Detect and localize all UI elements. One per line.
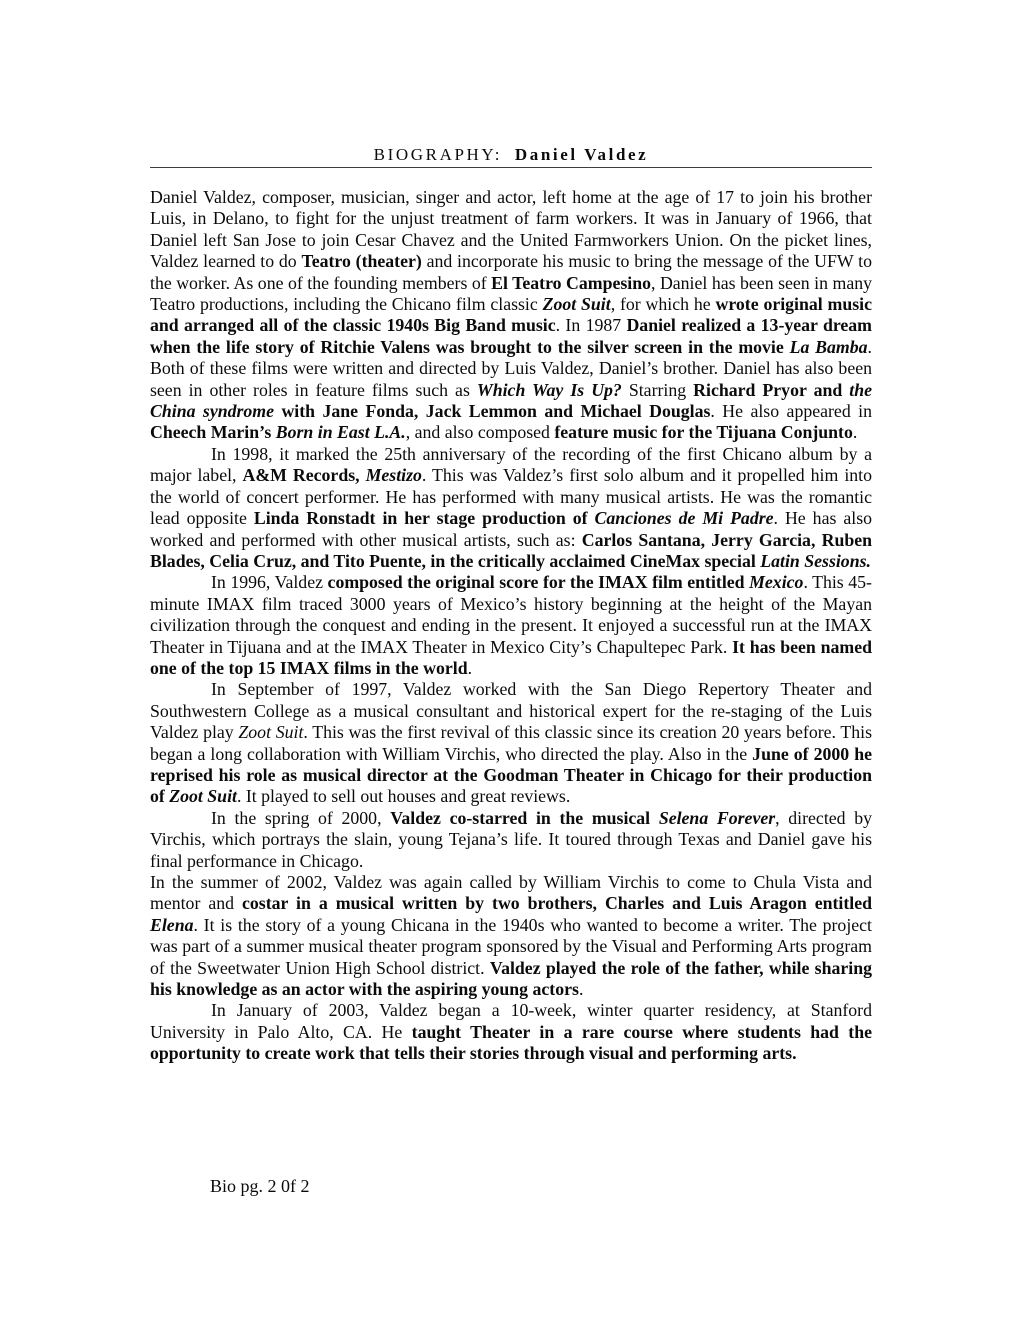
text-run: . It played to sell out houses and great…	[237, 786, 570, 806]
text-run: Starring	[622, 380, 693, 400]
text-run: El Teatro Campesino	[491, 273, 651, 293]
paragraph-3: In 1996, Valdez composed the original sc…	[150, 572, 872, 679]
text-run: . He also appeared in	[710, 401, 872, 421]
text-run: Zoot Suit	[169, 786, 237, 806]
paragraph-7: In January of 2003, Valdez began a 10-we…	[150, 1000, 872, 1064]
text-run: Zoot Suit	[238, 722, 303, 742]
text-run: Elena	[150, 915, 193, 935]
page-footer: Bio pg. 2 0f 2	[210, 1175, 310, 1197]
text-run: . In 1987	[556, 315, 627, 335]
text-run: Teatro (theater)	[301, 251, 421, 271]
text-run: Zoot Suit	[543, 294, 611, 314]
text-run: , for which he	[611, 294, 716, 314]
paragraph-2: In 1998, it marked the 25th anniversary …	[150, 444, 872, 572]
title-name: Daniel Valdez	[515, 145, 648, 164]
text-run: .	[468, 658, 472, 678]
text-run: Mexico	[749, 572, 803, 592]
text-run: with Jane Fonda, Jack Lemmon and Michael…	[274, 401, 710, 421]
document-body: Daniel Valdez, composer, musician, singe…	[150, 187, 872, 1065]
document-title: BIOGRAPHY: Daniel Valdez	[150, 145, 872, 165]
text-run: Born in East L.A.	[276, 422, 406, 442]
text-run: Cheech Marin’s	[150, 422, 276, 442]
paragraph-4: In September of 1997, Valdez worked with…	[150, 679, 872, 807]
text-run: .	[853, 422, 857, 442]
text-run: A&M Records,	[242, 465, 365, 485]
document-page: BIOGRAPHY: Daniel Valdez Daniel Valdez, …	[0, 0, 1020, 1320]
paragraph-6: In the summer of 2002, Valdez was again …	[150, 872, 872, 1000]
text-run: Selena Forever	[659, 808, 775, 828]
title-rule	[150, 167, 872, 168]
text-run: composed the original score for the IMAX…	[328, 572, 750, 592]
text-run: Linda Ronstadt in her stage production o…	[254, 508, 595, 528]
title-label: BIOGRAPHY:	[374, 145, 502, 164]
text-run: costar in a musical written by two broth…	[242, 893, 872, 913]
text-run: Latin Sessions.	[760, 551, 871, 571]
text-run: Which Way Is Up?	[477, 380, 622, 400]
text-run: Mestizo	[366, 465, 422, 485]
text-run: Canciones de Mi Padre	[595, 508, 774, 528]
text-run: .	[579, 979, 583, 999]
text-run: La Bamba	[790, 337, 868, 357]
text-run: Richard Pryor and	[693, 380, 849, 400]
text-run: feature music for the Tijuana Conjunto	[554, 422, 853, 442]
text-run: In 1996, Valdez	[211, 572, 328, 592]
paragraph-5: In the spring of 2000, Valdez co-starred…	[150, 808, 872, 872]
text-run: , and also composed	[406, 422, 555, 442]
document-content: BIOGRAPHY: Daniel Valdez Daniel Valdez, …	[150, 145, 872, 1065]
text-run: In the spring of 2000,	[211, 808, 390, 828]
text-run: Valdez co-starred in the musical	[390, 808, 659, 828]
paragraph-1: Daniel Valdez, composer, musician, singe…	[150, 187, 872, 444]
